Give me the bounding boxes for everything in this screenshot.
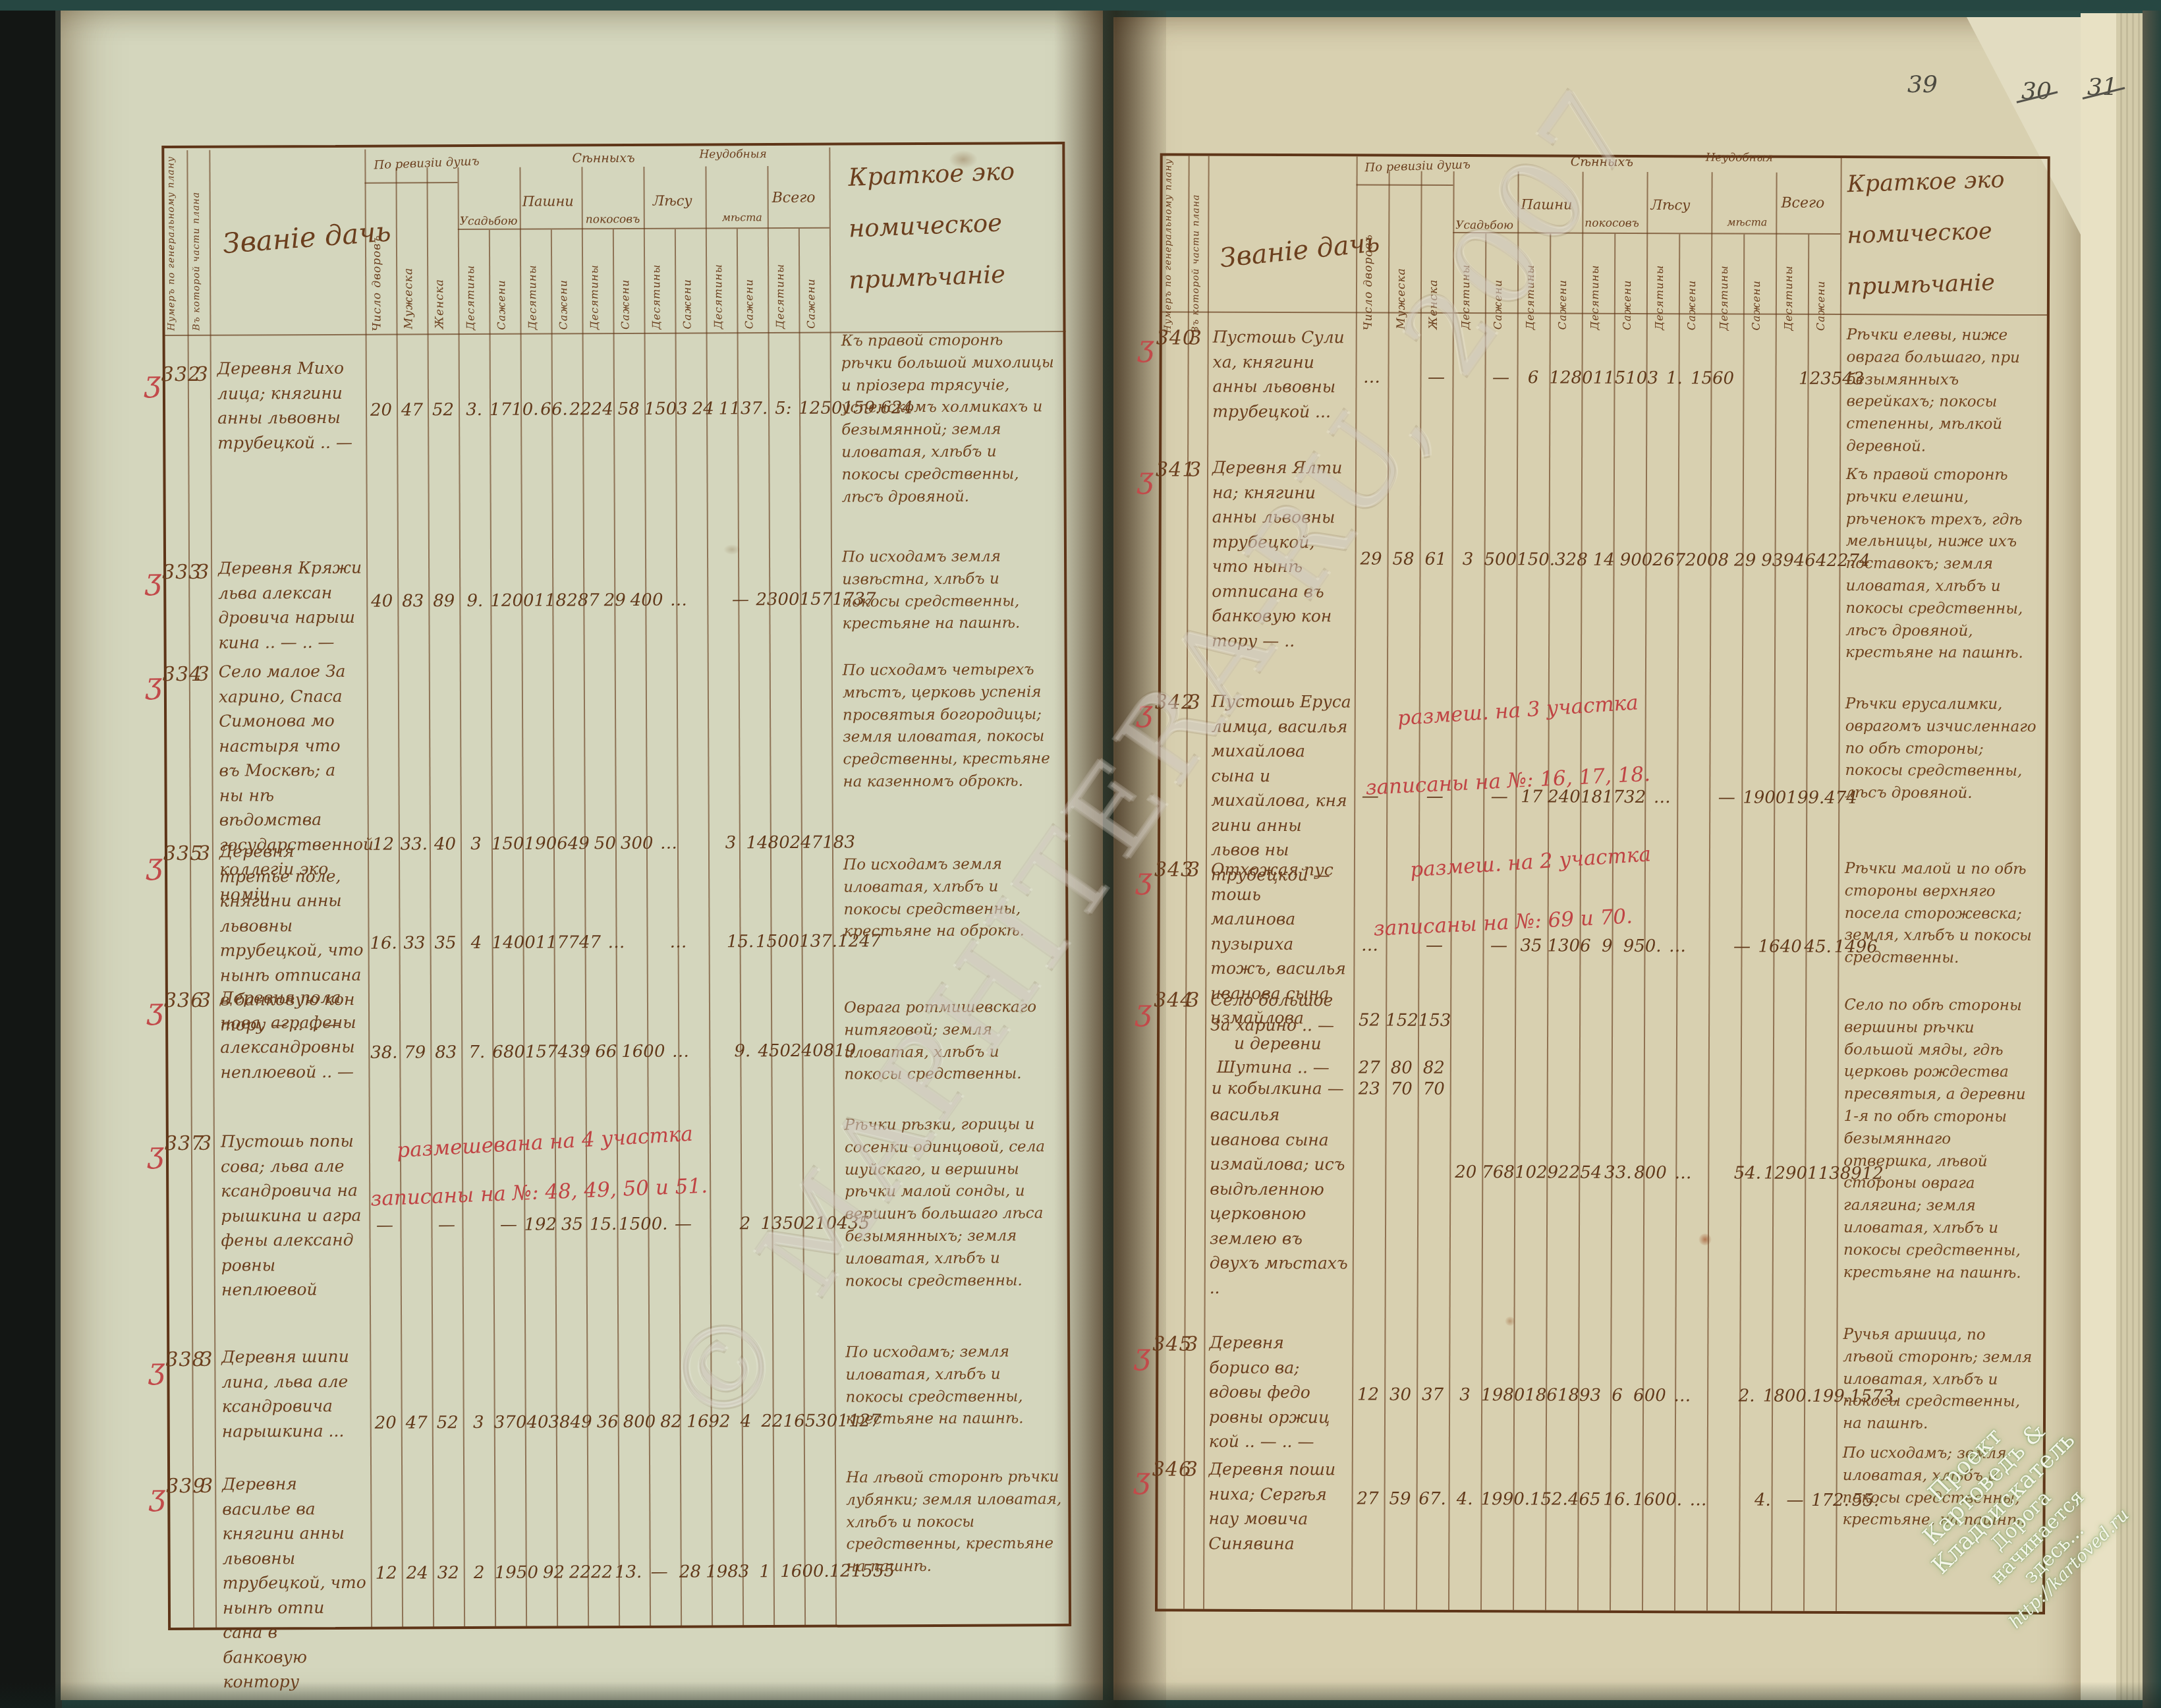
row-plan-part: 3 bbox=[1187, 859, 1200, 882]
row-values: …——3513069950.…—164045.1496 bbox=[1353, 935, 1878, 957]
note-header-line2: номическое bbox=[1847, 218, 1993, 249]
estate-title: Деревня поши ниха; Сергѣя нау мовича Син… bbox=[1208, 1457, 1349, 1556]
economic-note: Рѣчки ерусалимки, оврагомъ изчисленнаго … bbox=[1845, 693, 2043, 805]
col-plan-part-label: Въ которой части плана bbox=[1191, 165, 1202, 333]
folio-number-left: 39 bbox=[1907, 71, 1938, 98]
note-header-line1: Краткое эко bbox=[1847, 167, 2005, 198]
row-values: ———17240181732…—1900199.474 bbox=[1354, 786, 1857, 808]
hamlet-name: Шутина .. — bbox=[1217, 1058, 1330, 1077]
margin-check-icon: ʒ bbox=[1138, 329, 1154, 363]
band-waste-label2: мѣста bbox=[1727, 215, 1767, 228]
row-values: 207681029225433.800…54.12901138912 bbox=[1353, 1162, 1884, 1183]
subcol-saj-label: Сажени bbox=[1750, 240, 1762, 331]
row-plan-part: 3 bbox=[1189, 327, 1202, 350]
hamlet-count-values: 237070 bbox=[1353, 1079, 1450, 1099]
band-total-label: Всего bbox=[1781, 195, 1824, 212]
row-values: 1230373198018618936600…2.1800.199.1573. bbox=[1352, 1384, 1899, 1406]
row-values: 275967.4.1990.152.46516.1600.…4.—172.55. bbox=[1352, 1489, 1882, 1510]
margin-check-icon: ʒ bbox=[1135, 994, 1152, 1027]
subcol-saj-label: Сажени bbox=[1814, 240, 1827, 331]
subcol-des-label: Десятины bbox=[1718, 239, 1730, 330]
col-plan-number-label: Нумеръ по генеральному плану bbox=[1163, 165, 1174, 333]
margin-check-icon: ʒ bbox=[1137, 461, 1154, 495]
economic-note: Рѣчки елевы, ниже оврага большаго, при б… bbox=[1846, 324, 2044, 459]
manuscript-scan: Нумеръ по генеральному плану Въ которой … bbox=[0, 0, 2161, 1708]
hamlet-count-values: 278082 bbox=[1353, 1058, 1450, 1078]
subcol-des-label: Десятины bbox=[1653, 239, 1666, 330]
estate-title: Деревня борисо ва; вдовы федо ровны оржи… bbox=[1209, 1330, 1349, 1454]
margin-check-icon: ʒ bbox=[1134, 1338, 1150, 1371]
hamlet-name: и кобылкина — bbox=[1212, 1079, 1344, 1098]
estate-title: Село большое За харино .. — bbox=[1210, 988, 1350, 1038]
row-plan-part: 3 bbox=[1187, 989, 1200, 1012]
row-values: 2958613500150.32814900267200829939464227… bbox=[1355, 549, 1870, 571]
hamlet-count-values: 52152153 bbox=[1353, 1010, 1451, 1031]
subcol-saj-label: Сажени bbox=[1685, 239, 1698, 330]
row-plan-part: 3 bbox=[1185, 1333, 1198, 1356]
note-header-line3: примѣчаніе bbox=[1846, 270, 1995, 300]
row-plan-part: 3 bbox=[1185, 1458, 1198, 1481]
subcol-saj-label: Сажени bbox=[1621, 239, 1633, 330]
band-waste-label: Неудобныя bbox=[1706, 151, 1774, 164]
band-forest-label: Лѣсу bbox=[1650, 197, 1690, 213]
subcol-des-label: Десятины bbox=[1782, 240, 1795, 331]
estate-owner: василья иванова сына измайлова; исъ выдѣ… bbox=[1210, 1102, 1350, 1301]
economic-note: Рѣчки малой и по обѣ стороны верхняго по… bbox=[1844, 858, 2042, 970]
row-plan-part: 3 bbox=[1189, 459, 1202, 482]
economic-note: Село по обѣ стороны вершины рѣчки большо… bbox=[1843, 994, 2042, 1284]
hamlets-label: и деревни bbox=[1234, 1034, 1322, 1053]
subcol-des-label: Десятины bbox=[1588, 239, 1601, 330]
col-households-label: Число дворовъ bbox=[1362, 175, 1376, 330]
economic-note: Къ правой сторонѣ рѣчки елешни, рѣченокъ… bbox=[1845, 464, 2044, 665]
margin-check-icon: ʒ bbox=[1134, 1462, 1150, 1495]
